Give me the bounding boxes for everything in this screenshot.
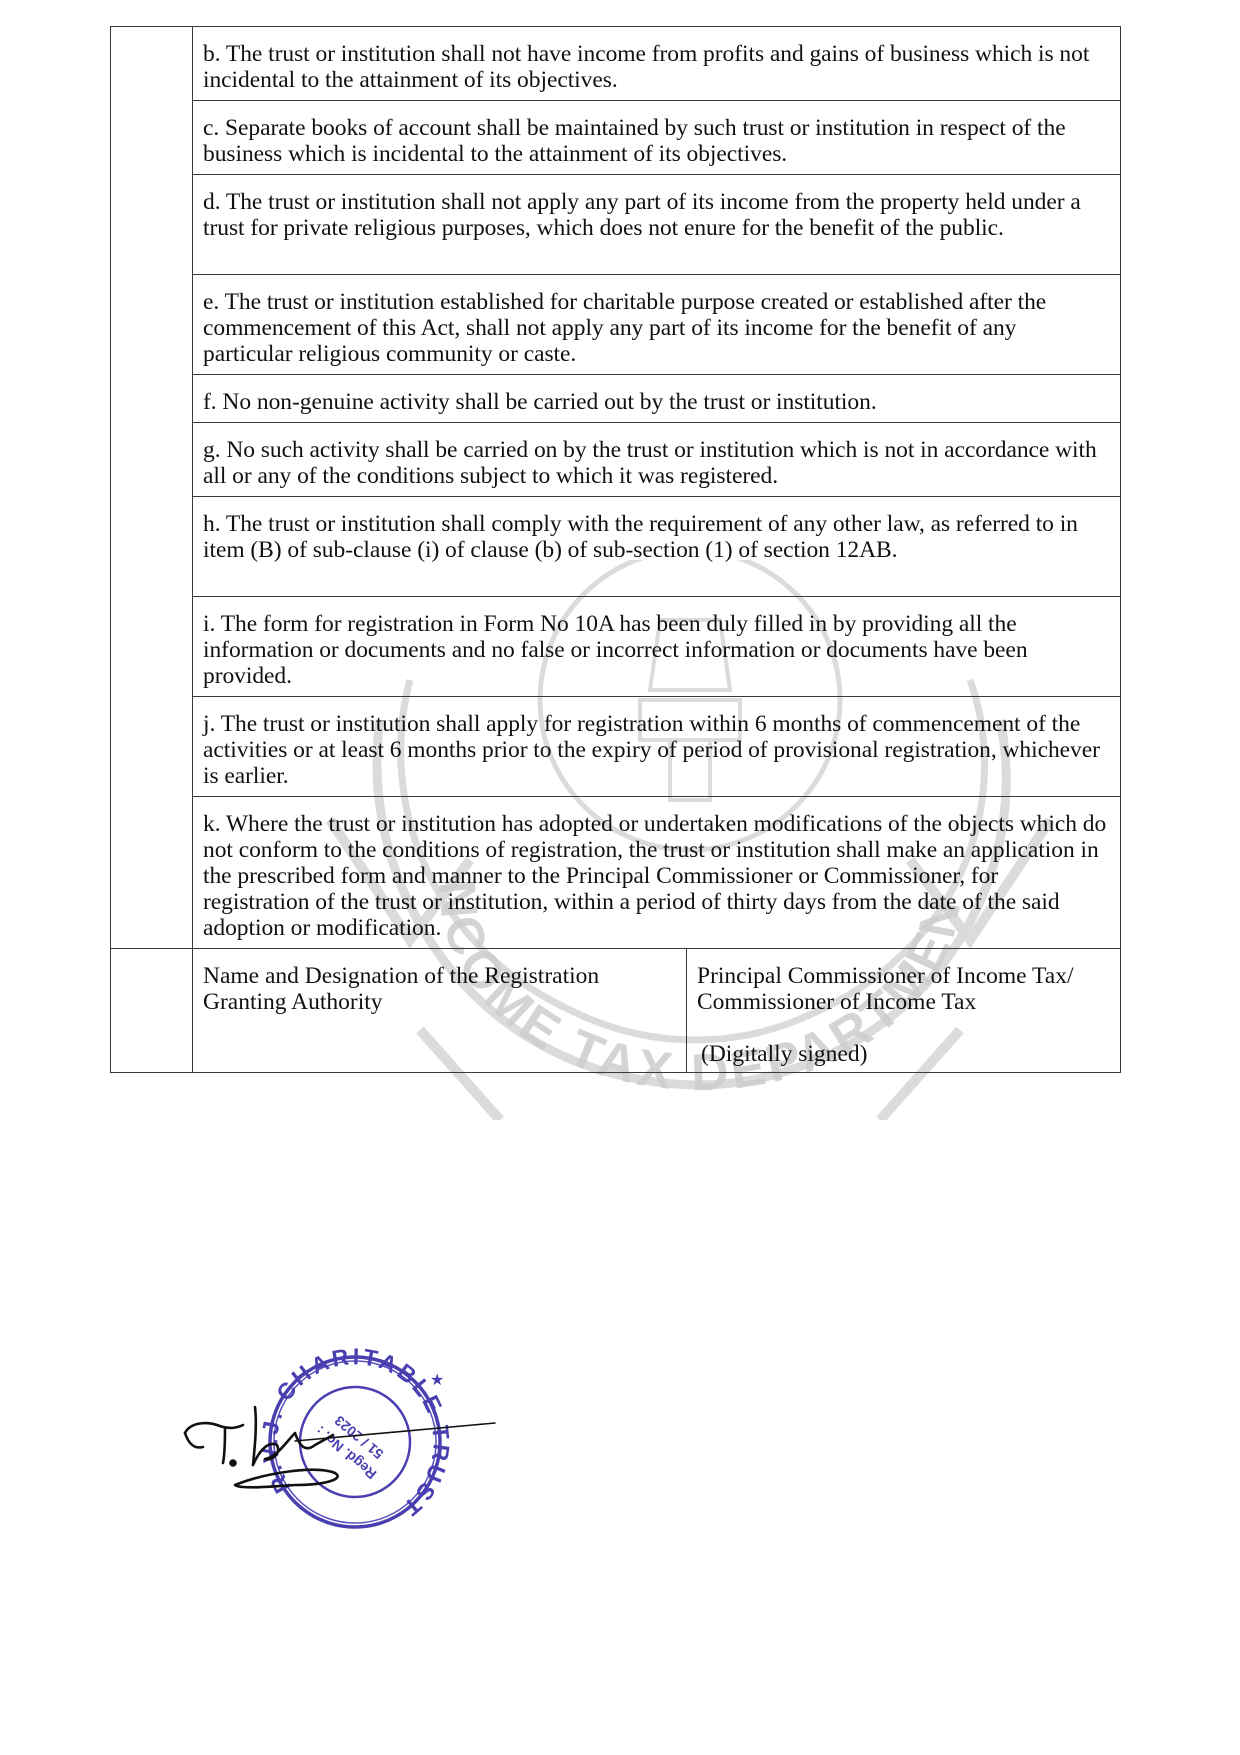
authority-label: Name and Designation of the Registration… [193, 949, 687, 1072]
authority-value-cell: Principal Commissioner of Income Tax/ Co… [687, 949, 1120, 1072]
condition-c: c. Separate books of account shall be ma… [193, 101, 1121, 175]
table-row: f. No non-genuine activity shall be carr… [111, 375, 1121, 423]
round-seal-icon: R.V.J. CHARITABLE TRUST Regd. No. : 51 /… [218, 1302, 495, 1579]
serial-column-cell [111, 27, 193, 949]
registration-conditions-table: b. The trust or institution shall not ha… [110, 26, 1121, 1073]
digital-signature-note: (Digitally signed) [697, 1041, 1110, 1067]
table-row: d. The trust or institution shall not ap… [111, 175, 1121, 275]
table-row: k. Where the trust or institution has ad… [111, 797, 1121, 949]
authority-designation: Principal Commissioner of Income Tax/ Co… [697, 963, 1110, 1015]
condition-j: j. The trust or institution shall apply … [193, 697, 1121, 797]
table-row: g. No such activity shall be carried on … [111, 423, 1121, 497]
table-row: e. The trust or institution established … [111, 275, 1121, 375]
condition-f: f. No non-genuine activity shall be carr… [193, 375, 1121, 423]
condition-g: g. No such activity shall be carried on … [193, 423, 1121, 497]
table-row: i. The form for registration in Form No … [111, 597, 1121, 697]
condition-i: i. The form for registration in Form No … [193, 597, 1121, 697]
serial-column-cell [111, 949, 193, 1073]
authority-row: Name and Designation of the Registration… [111, 949, 1121, 1073]
table-row: b. The trust or institution shall not ha… [111, 27, 1121, 101]
condition-h: h. The trust or institution shall comply… [193, 497, 1121, 597]
table-row: j. The trust or institution shall apply … [111, 697, 1121, 797]
table-row: c. Separate books of account shall be ma… [111, 101, 1121, 175]
condition-b: b. The trust or institution shall not ha… [193, 27, 1121, 101]
trust-stamp-with-signature: R.V.J. CHARITABLE TRUST Regd. No. : 51 /… [165, 1345, 495, 1535]
star-icon: ★ [430, 1372, 444, 1389]
document-page: INCOME TAX DEPARTMENT b. The trust or in… [0, 0, 1240, 1755]
condition-e: e. The trust or institution established … [193, 275, 1121, 375]
condition-k: k. Where the trust or institution has ad… [193, 797, 1121, 949]
authority-cell: Name and Designation of the Registration… [193, 949, 1121, 1073]
condition-d: d. The trust or institution shall not ap… [193, 175, 1121, 275]
table-row: h. The trust or institution shall comply… [111, 497, 1121, 597]
